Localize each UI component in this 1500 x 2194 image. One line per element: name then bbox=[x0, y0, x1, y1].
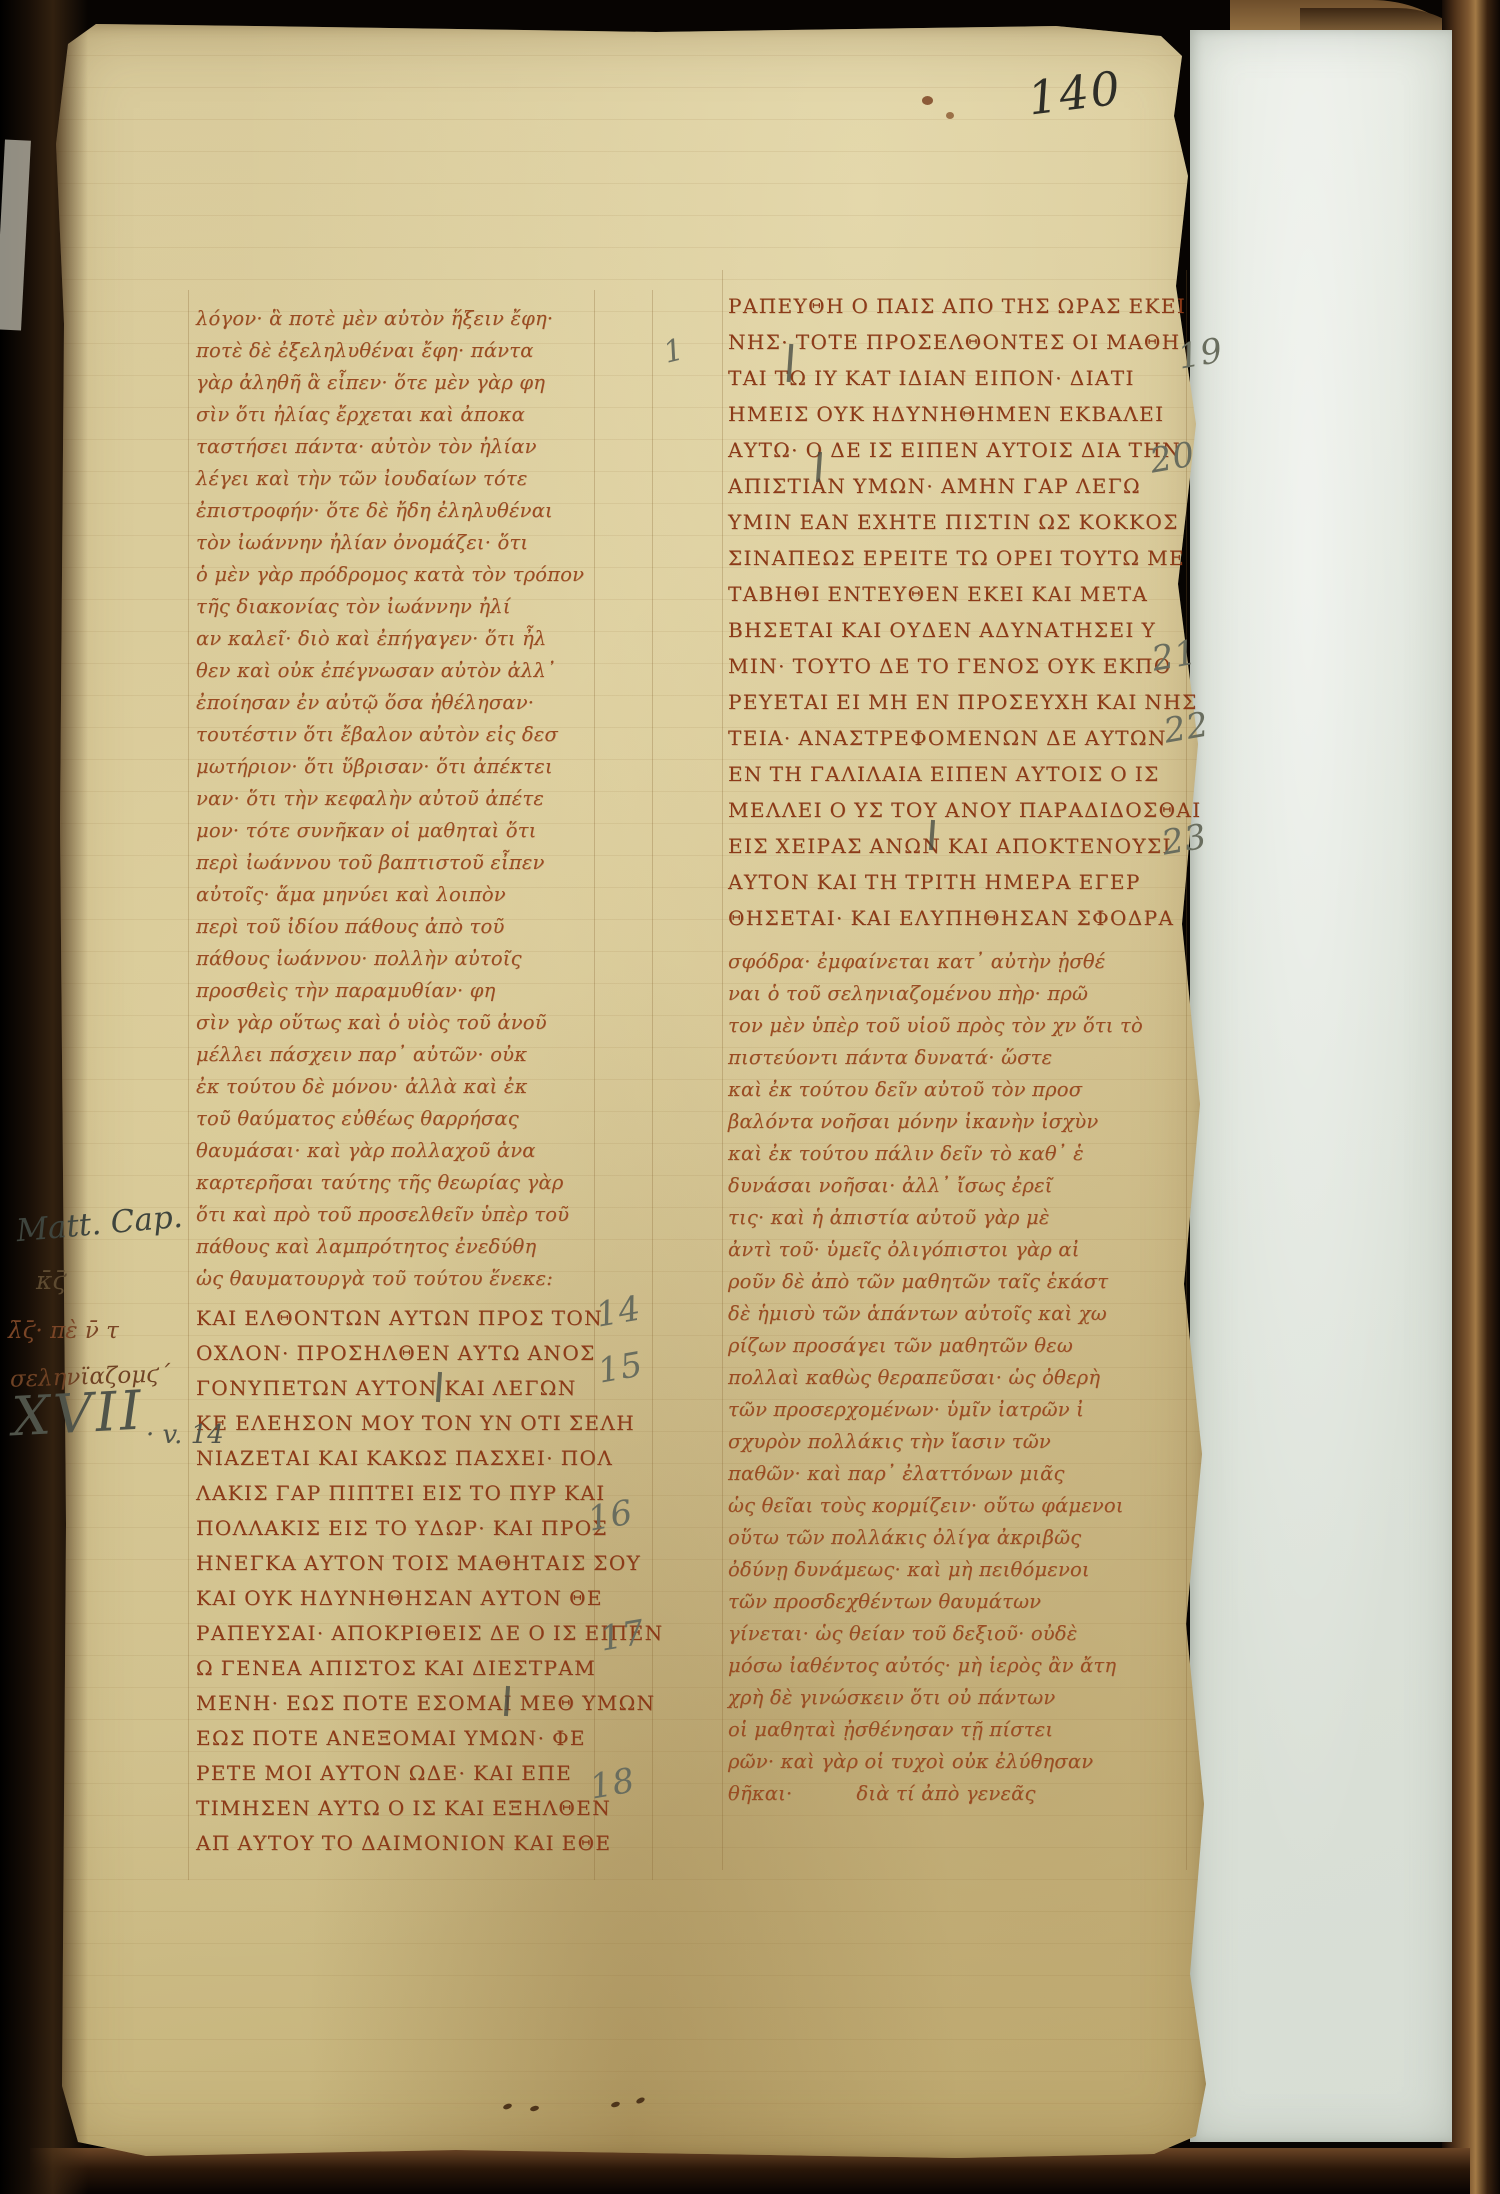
verse-number-15: 15 bbox=[595, 1344, 647, 1391]
margin-note-greek-abbrev: λ̄ϛ̄· πὲ ν̄ τ bbox=[8, 1318, 119, 1344]
margin-note-verse-ref: · v. 14 bbox=[146, 1420, 224, 1450]
right-scripture-block: ΡΑΠΕΥΘΗ Ο ΠΑΙΣ ΑΠΟ ΤΗΣ ΩΡΑΣ ΕΚΕΙΝΗΣ· ΤΟΤ… bbox=[728, 288, 1193, 936]
manuscript-line: σχυρὸν πολλάκις τὴν ἴασιν τῶν bbox=[728, 1426, 1193, 1458]
manuscript-line: ΡΑΠΕΥΘΗ Ο ΠΑΙΣ ΑΠΟ ΤΗΣ ΩΡΑΣ ΕΚΕΙ bbox=[728, 288, 1193, 324]
margin-note-chapter-roman: XVII bbox=[10, 1379, 145, 1449]
left-scripture-block: ΚΑΙ ΕΛΘΟΝΤΩΝ ΑΥΤΩΝ ΠΡΟΣ ΤΟΝΟΧΛΟΝ· ΠΡΟΣΗΛ… bbox=[196, 1301, 596, 1861]
manuscript-line: ΜΕΛΛΕΙ Ο ΥΣ ΤΟΥ ΑΝΟΥ ΠΑΡΑΔΙΔΟΣΘΑΙ bbox=[728, 792, 1193, 828]
manuscript-line: Ω ΓΕΝΕΑ ΑΠΙΣΤΟΣ ΚΑΙ ΔΙΕΣΤΡΑΜ bbox=[196, 1651, 596, 1686]
manuscript-line: ΑΠΙΣΤΙΑΝ ΥΜΩΝ· ΑΜΗΝ ΓΑΡ ΛΕΓΩ bbox=[728, 468, 1193, 504]
ink-blot bbox=[946, 112, 954, 119]
manuscript-line: ΑΥΤΩ· Ο ΔΕ ΙΣ ΕΙΠΕΝ ΑΥΤΟΙΣ ΔΙΑ ΤΗΝ bbox=[728, 432, 1193, 468]
manuscript-line: μέλλει πάσχειν παρ᾽ αὐτῶν· οὐκ bbox=[196, 1039, 596, 1071]
manuscript-line: ΝΗΣ· ΤΟΤΕ ΠΡΟΣΕΛΘΟΝΤΕΣ ΟΙ ΜΑΘΗ bbox=[728, 324, 1193, 360]
manuscript-line: τοῦ θαύματος εὐθέως θαρρήσας bbox=[196, 1103, 596, 1135]
manuscript-line: ροῦν δὲ ἀπὸ τῶν μαθητῶν ταῖς ἑκάστ bbox=[728, 1266, 1193, 1298]
manuscript-line: ΑΥΤΟΝ ΚΑΙ ΤΗ ΤΡΙΤΗ ΗΜΕΡΑ ΕΓΕΡ bbox=[728, 864, 1193, 900]
manuscript-line: λέγει καὶ τὴν τῶν ἰουδαίων τότε bbox=[196, 463, 596, 495]
manuscript-line: λόγον· ἃ ποτὲ μὲν αὐτὸν ἥξειν ἔφη· bbox=[196, 303, 596, 335]
manuscript-line: γὰρ ἀληθῆ ἃ εἶπεν· ὅτε μὲν γὰρ φη bbox=[196, 367, 596, 399]
manuscript-line: ΚΑΙ ΕΛΘΟΝΤΩΝ ΑΥΤΩΝ ΠΡΟΣ ΤΟΝ bbox=[196, 1301, 596, 1336]
folio-number: 140 bbox=[1025, 60, 1125, 125]
manuscript-line: ποτὲ δὲ ἐξεληλυθέναι ἔφη· πάντα bbox=[196, 335, 596, 367]
manuscript-line: θεν καὶ οὐκ ἐπέγνωσαν αὐτὸν ἀλλ᾽ bbox=[196, 655, 596, 687]
manuscript-line: τὸν ἰωάννην ἠλίαν ὀνομάζει· ὅτι bbox=[196, 527, 596, 559]
manuscript-line: ρῶν· καὶ γὰρ οἱ τυχοὶ οὐκ ἐλύθησαν bbox=[728, 1746, 1193, 1778]
manuscript-line: οἱ μαθηταὶ ᾐσθένησαν τῇ πίστει bbox=[728, 1714, 1193, 1746]
manuscript-line: ἀντὶ τοῦ· ὑμεῖς ὀλιγόπιστοι γὰρ αἰ bbox=[728, 1234, 1193, 1266]
manuscript-line: σὶν ὅτι ἠλίας ἔρχεται καὶ ἀποκα bbox=[196, 399, 596, 431]
right-text-column: ΡΑΠΕΥΘΗ Ο ΠΑΙΣ ΑΠΟ ΤΗΣ ΩΡΑΣ ΕΚΕΙΝΗΣ· ΤΟΤ… bbox=[728, 288, 1193, 1810]
manuscript-line: τῶν προσδεχθέντων θαυμάτων bbox=[728, 1586, 1193, 1618]
manuscript-line: καρτερῆσαι ταύτης τῆς θεωρίας γὰρ bbox=[196, 1167, 596, 1199]
manuscript-line: μον· τότε συνῆκαν οἱ μαθηταὶ ὅτι bbox=[196, 815, 596, 847]
manuscript-line: ΡΑΠΕΥΣΑΙ· ΑΠΟΚΡΙΘΕΙΣ ΔΕ Ο ΙΣ ΕΙΠΕΝ bbox=[196, 1616, 596, 1651]
manuscript-line: γίνεται· ὡς θείαν τοῦ δεξιοῦ· οὐδὲ bbox=[728, 1618, 1193, 1650]
margin-note-greek-numeral: κ̄ϛ̄ bbox=[36, 1266, 66, 1295]
manuscript-line: ΒΗΣΕΤΑΙ ΚΑΙ ΟΥΔΕΝ ΑΔΥΝΑΤΗΣΕΙ Υ bbox=[728, 612, 1193, 648]
manuscript-line: ΠΟΛΛΑΚΙΣ ΕΙΣ ΤΟ ΥΔΩΡ· ΚΑΙ ΠΡΟΣ bbox=[196, 1511, 596, 1546]
manuscript-line: ΕΙΣ ΧΕΙΡΑΣ ΑΝΩΝ ΚΑΙ ΑΠΟΚΤΕΝΟΥΣΙ bbox=[728, 828, 1193, 864]
manuscript-line: ΕΝ ΤΗ ΓΑΛΙΛΑΙΑ ΕΙΠΕΝ ΑΥΤΟΙΣ Ο ΙΣ bbox=[728, 756, 1193, 792]
manuscript-line: αὐτοῖς· ἅμα μηνύει καὶ λοιπὸν bbox=[196, 879, 596, 911]
manuscript-line: ναν· ὅτι τὴν κεφαλὴν αὐτοῦ ἀπέτε bbox=[196, 783, 596, 815]
manuscript-line: θαυμάσαι· καὶ γὰρ πολλαχοῦ ἀνα bbox=[196, 1135, 596, 1167]
manuscript-line: χρὴ δὲ γινώσκειν ὅτι οὐ πάντων bbox=[728, 1682, 1193, 1714]
verse-number-22: 22 bbox=[1161, 704, 1213, 751]
manuscript-line: δυνάσαι νοῆσαι· ἀλλ᾽ ἴσως ἐρεῖ bbox=[728, 1170, 1193, 1202]
manuscript-line: ΜΕΝΗ· ΕΩΣ ΠΟΤΕ ΕΣΟΜΑΙ ΜΕΘ ΥΜΩΝ bbox=[196, 1686, 596, 1721]
manuscript-line: βαλόντα νοῆσαι μόνην ἱκανὴν ἰσχὺν bbox=[728, 1106, 1193, 1138]
manuscript-line: ὅτι καὶ πρὸ τοῦ προσελθεῖν ὑπὲρ τοῦ bbox=[196, 1199, 596, 1231]
manuscript-line: ΥΜΙΝ ΕΑΝ ΕΧΗΤΕ ΠΙΣΤΙΝ ΩΣ ΚΟΚΚΟΣ bbox=[728, 504, 1193, 540]
manuscript-line: τῶν προσερχομένων· ὑμῖν ἰατρῶν ἰ bbox=[728, 1394, 1193, 1426]
manuscript-line: τουτέστιν ὅτι ἔβαλον αὐτὸν εἰς δεσ bbox=[196, 719, 596, 751]
insert-paper-sheet bbox=[1190, 30, 1452, 2142]
manuscript-line: ἐκ τούτου δὲ μόνου· ἀλλὰ καὶ ἐκ bbox=[196, 1071, 596, 1103]
manuscript-line: ρίζων προσάγει τῶν μαθητῶν θεω bbox=[728, 1330, 1193, 1362]
verse-number-21: 21 bbox=[1149, 632, 1201, 679]
manuscript-line: σφόδρα· ἐμφαίνεται κατ᾽ αὐτὴν ᾐσθέ bbox=[728, 946, 1193, 978]
manuscript-line: προσθεὶς τὴν παραμυθίαν· φη bbox=[196, 975, 596, 1007]
under-page-sliver bbox=[0, 139, 31, 330]
manuscript-line: παθῶν· καὶ παρ᾽ ἐλαττόνων μιᾶς bbox=[728, 1458, 1193, 1490]
manuscript-line: ΟΧΛΟΝ· ΠΡΟΣΗΛΘΕΝ ΑΥΤΩ ΑΝΟΣ bbox=[196, 1336, 596, 1371]
manuscript-line: οὕτω τῶν πολλάκις ὀλίγα ἀκριβῶς bbox=[728, 1522, 1193, 1554]
manuscript-line: ΚΑΙ ΟΥΚ ΗΔΥΝΗΘΗΣΑΝ ΑΥΤΟΝ ΘΕ bbox=[196, 1581, 596, 1616]
manuscript-line: ΑΠ ΑΥΤΟΥ ΤΟ ΔΑΙΜΟΝΙΟΝ ΚΑΙ ΕΘΕ bbox=[196, 1826, 596, 1861]
manuscript-line: καὶ ἐκ τούτου δεῖν αὐτοῦ τὸν προσ bbox=[728, 1074, 1193, 1106]
manuscript-line: ΜΙΝ· ΤΟΥΤΟ ΔΕ ΤΟ ΓΕΝΟΣ ΟΥΚ ΕΚΠΟ bbox=[728, 648, 1193, 684]
verse-number-17: 17 bbox=[597, 1612, 649, 1659]
manuscript-line: ΘΗΣΕΤΑΙ· ΚΑΙ ΕΛΥΠΗΘΗΣΑΝ ΣΦΟΔΡΑ bbox=[728, 900, 1193, 936]
manuscript-line: ὡς θεῖαι τοὺς κορμίζειν· οὕτω φάμενοι bbox=[728, 1490, 1193, 1522]
manuscript-line: τον μὲν ὑπὲρ τοῦ υἱοῦ πρὸς τὸν χν ὅτι τὸ bbox=[728, 1010, 1193, 1042]
manuscript-line: σὶν γὰρ οὕτως καὶ ὁ υἱὸς τοῦ ἀνοῦ bbox=[196, 1007, 596, 1039]
page-stack-bottom-edge bbox=[30, 2148, 1470, 2194]
verse-number-19: 19 bbox=[1175, 330, 1227, 377]
manuscript-line: ΕΩΣ ΠΟΤΕ ΑΝΕΞΟΜΑΙ ΥΜΩΝ· ΦΕ bbox=[196, 1721, 596, 1756]
manuscript-line: ΚΕ ΕΛΕΗΣΟΝ ΜΟΥ ΤΟΝ ΥΝ ΟΤΙ ΣΕΛΗ bbox=[196, 1406, 596, 1441]
verse-number-14: 14 bbox=[593, 1288, 645, 1335]
manuscript-line: ΓΟΝΥΠΕΤΩΝ ΑΥΤΟΝ ΚΑΙ ΛΕΓΩΝ bbox=[196, 1371, 596, 1406]
manuscript-line: θῆκαι· διὰ τί ἀπὸ γενεᾶς bbox=[728, 1778, 1193, 1810]
manuscript-line: πολλαὶ καθὼς θεραπεῦσαι· ὡς ὀθερὴ bbox=[728, 1362, 1193, 1394]
verse-number-18: 18 bbox=[587, 1760, 639, 1807]
manuscript-line: τις· καὶ ἡ ἀπιστία αὐτοῦ γὰρ μὲ bbox=[728, 1202, 1193, 1234]
manuscript-line: ΡΕΤΕ ΜΟΙ ΑΥΤΟΝ ΩΔΕ· ΚΑΙ ΕΠΕ bbox=[196, 1756, 596, 1791]
manuscript-line: ἐπιστροφήν· ὅτε δὲ ἤδη ἐληλυθέναι bbox=[196, 495, 596, 527]
manuscript-line: ταστήσει πάντα· αὐτὸν τὸν ἠλίαν bbox=[196, 431, 596, 463]
left-commentary-block: λόγον· ἃ ποτὲ μὲν αὐτὸν ἥξειν ἔφη·ποτὲ δ… bbox=[196, 303, 596, 1295]
manuscript-photo: 140 λόγον· ἃ ποτὲ μὲν αὐτὸν ἥξειν ἔφη·πο… bbox=[0, 0, 1500, 2194]
manuscript-line: ὁ μὲν γὰρ πρόδρομος κατὰ τὸν τρόπον bbox=[196, 559, 596, 591]
manuscript-line: ναι ὁ τοῦ σεληνιαζομένου πὴρ· πρῶ bbox=[728, 978, 1193, 1010]
manuscript-line: ΡΕΥΕΤΑΙ ΕΙ ΜΗ ΕΝ ΠΡΟΣΕΥΧΗ ΚΑΙ ΝΗΣ bbox=[728, 684, 1193, 720]
manuscript-line: περὶ ἰωάννου τοῦ βαπτιστοῦ εἶπεν bbox=[196, 847, 596, 879]
manuscript-line: περὶ τοῦ ἰδίου πάθους ἀπὸ τοῦ bbox=[196, 911, 596, 943]
right-commentary-block: σφόδρα· ἐμφαίνεται κατ᾽ αὐτὴν ᾐσθέναι ὁ … bbox=[728, 946, 1193, 1810]
manuscript-line: ΣΙΝΑΠΕΩΣ ΕΡΕΙΤΕ ΤΩ ΟΡΕΙ ΤΟΥΤΩ ΜΕ bbox=[728, 540, 1193, 576]
manuscript-line: δὲ ἡμισὺ τῶν ἁπάντων αὐτοῖς καὶ χω bbox=[728, 1298, 1193, 1330]
manuscript-line: ἐποίησαν ἐν αὐτῷ ὅσα ἠθέλησαν· bbox=[196, 687, 596, 719]
manuscript-line: ΤΕΙΑ· ΑΝΑΣΤΡΕΦΟΜΕΝΩΝ ΔΕ ΑΥΤΩΝ bbox=[728, 720, 1193, 756]
verse-number-16: 16 bbox=[585, 1492, 637, 1539]
manuscript-line: πάθους καὶ λαμπρότητος ἐνεδύθη bbox=[196, 1231, 596, 1263]
manuscript-line: καὶ ἐκ τούτου πάλιν δεῖν τὸ καθ᾽ ἑ bbox=[728, 1138, 1193, 1170]
manuscript-line: ΤΑΒΗΘΙ ΕΝΤΕΥΘΕΝ ΕΚΕΙ ΚΑΙ ΜΕΤΑ bbox=[728, 576, 1193, 612]
manuscript-line: τῆς διακονίας τὸν ἰωάννην ἠλί bbox=[196, 591, 596, 623]
left-text-column: λόγον· ἃ ποτὲ μὲν αὐτὸν ἥξειν ἔφη·ποτὲ δ… bbox=[196, 303, 596, 1861]
manuscript-line: ΤΙΜΗΣΕΝ ΑΥΤΩ Ο ΙΣ ΚΑΙ ΕΞΗΛΘΕΝ bbox=[196, 1791, 596, 1826]
manuscript-line: ΗΝΕΓΚΑ ΑΥΤΟΝ ΤΟΙΣ ΜΑΘΗΤΑΙΣ ΣΟΥ bbox=[196, 1546, 596, 1581]
manuscript-line: ΗΜΕΙΣ ΟΥΚ ΗΔΥΝΗΘΗΜΕΝ ΕΚΒΑΛΕΙ bbox=[728, 396, 1193, 432]
manuscript-line: πάθους ἰωάννου· πολλὴν αὐτοῖς bbox=[196, 943, 596, 975]
manuscript-line: μωτήριον· ὅτι ὕβρισαν· ὅτι ἀπέκτει bbox=[196, 751, 596, 783]
verse-number-23: 23 bbox=[1159, 816, 1211, 863]
ruling-line bbox=[722, 270, 723, 1870]
ink-blot bbox=[922, 96, 933, 105]
ruling-line bbox=[188, 290, 189, 1880]
manuscript-line: ΛΑΚΙΣ ΓΑΡ ΠΙΠΤΕΙ ΕΙΣ ΤΟ ΠΥΡ ΚΑΙ bbox=[196, 1476, 596, 1511]
manuscript-line: ΤΑΙ ΤΩ ΙΥ ΚΑΤ ΙΔΙΑΝ ΕΙΠΟΝ· ΔΙΑΤΙ bbox=[728, 360, 1193, 396]
manuscript-line: ΝΙΑΖΕΤΑΙ ΚΑΙ ΚΑΚΩΣ ΠΑΣΧΕΙ· ΠΟΛ bbox=[196, 1441, 596, 1476]
verse-number-20: 20 bbox=[1147, 434, 1199, 481]
manuscript-line: ὡς θαυματουργὰ τοῦ τούτου ἕνεκε: bbox=[196, 1263, 596, 1295]
manuscript-line: μόσω ἰαθέντος αὐτός· μὴ ἱερὸς ἂν ἄτη bbox=[728, 1650, 1193, 1682]
manuscript-line: ὀδύνῃ δυνάμεως· καὶ μὴ πειθόμενοι bbox=[728, 1554, 1193, 1586]
manuscript-line: πιστεύοντι πάντα δυνατά· ὥστε bbox=[728, 1042, 1193, 1074]
manuscript-line: αν καλεῖ· διὸ καὶ ἐπήγαγεν· ὅτι ἦλ bbox=[196, 623, 596, 655]
